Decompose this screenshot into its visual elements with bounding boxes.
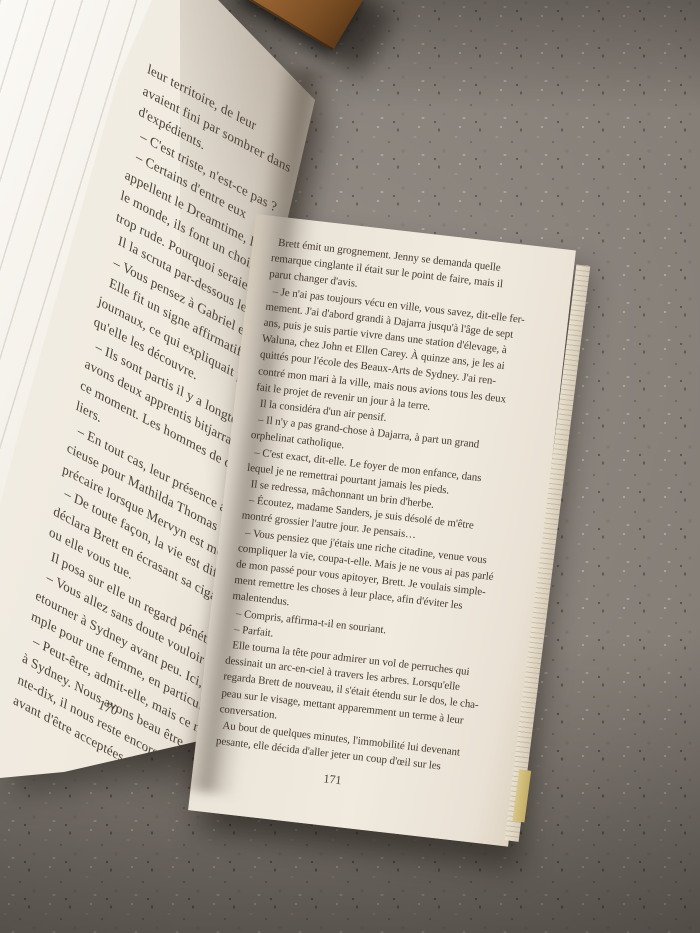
photo-scene: { "scene": { "colors": { "carpet": "#867… (0, 0, 700, 933)
